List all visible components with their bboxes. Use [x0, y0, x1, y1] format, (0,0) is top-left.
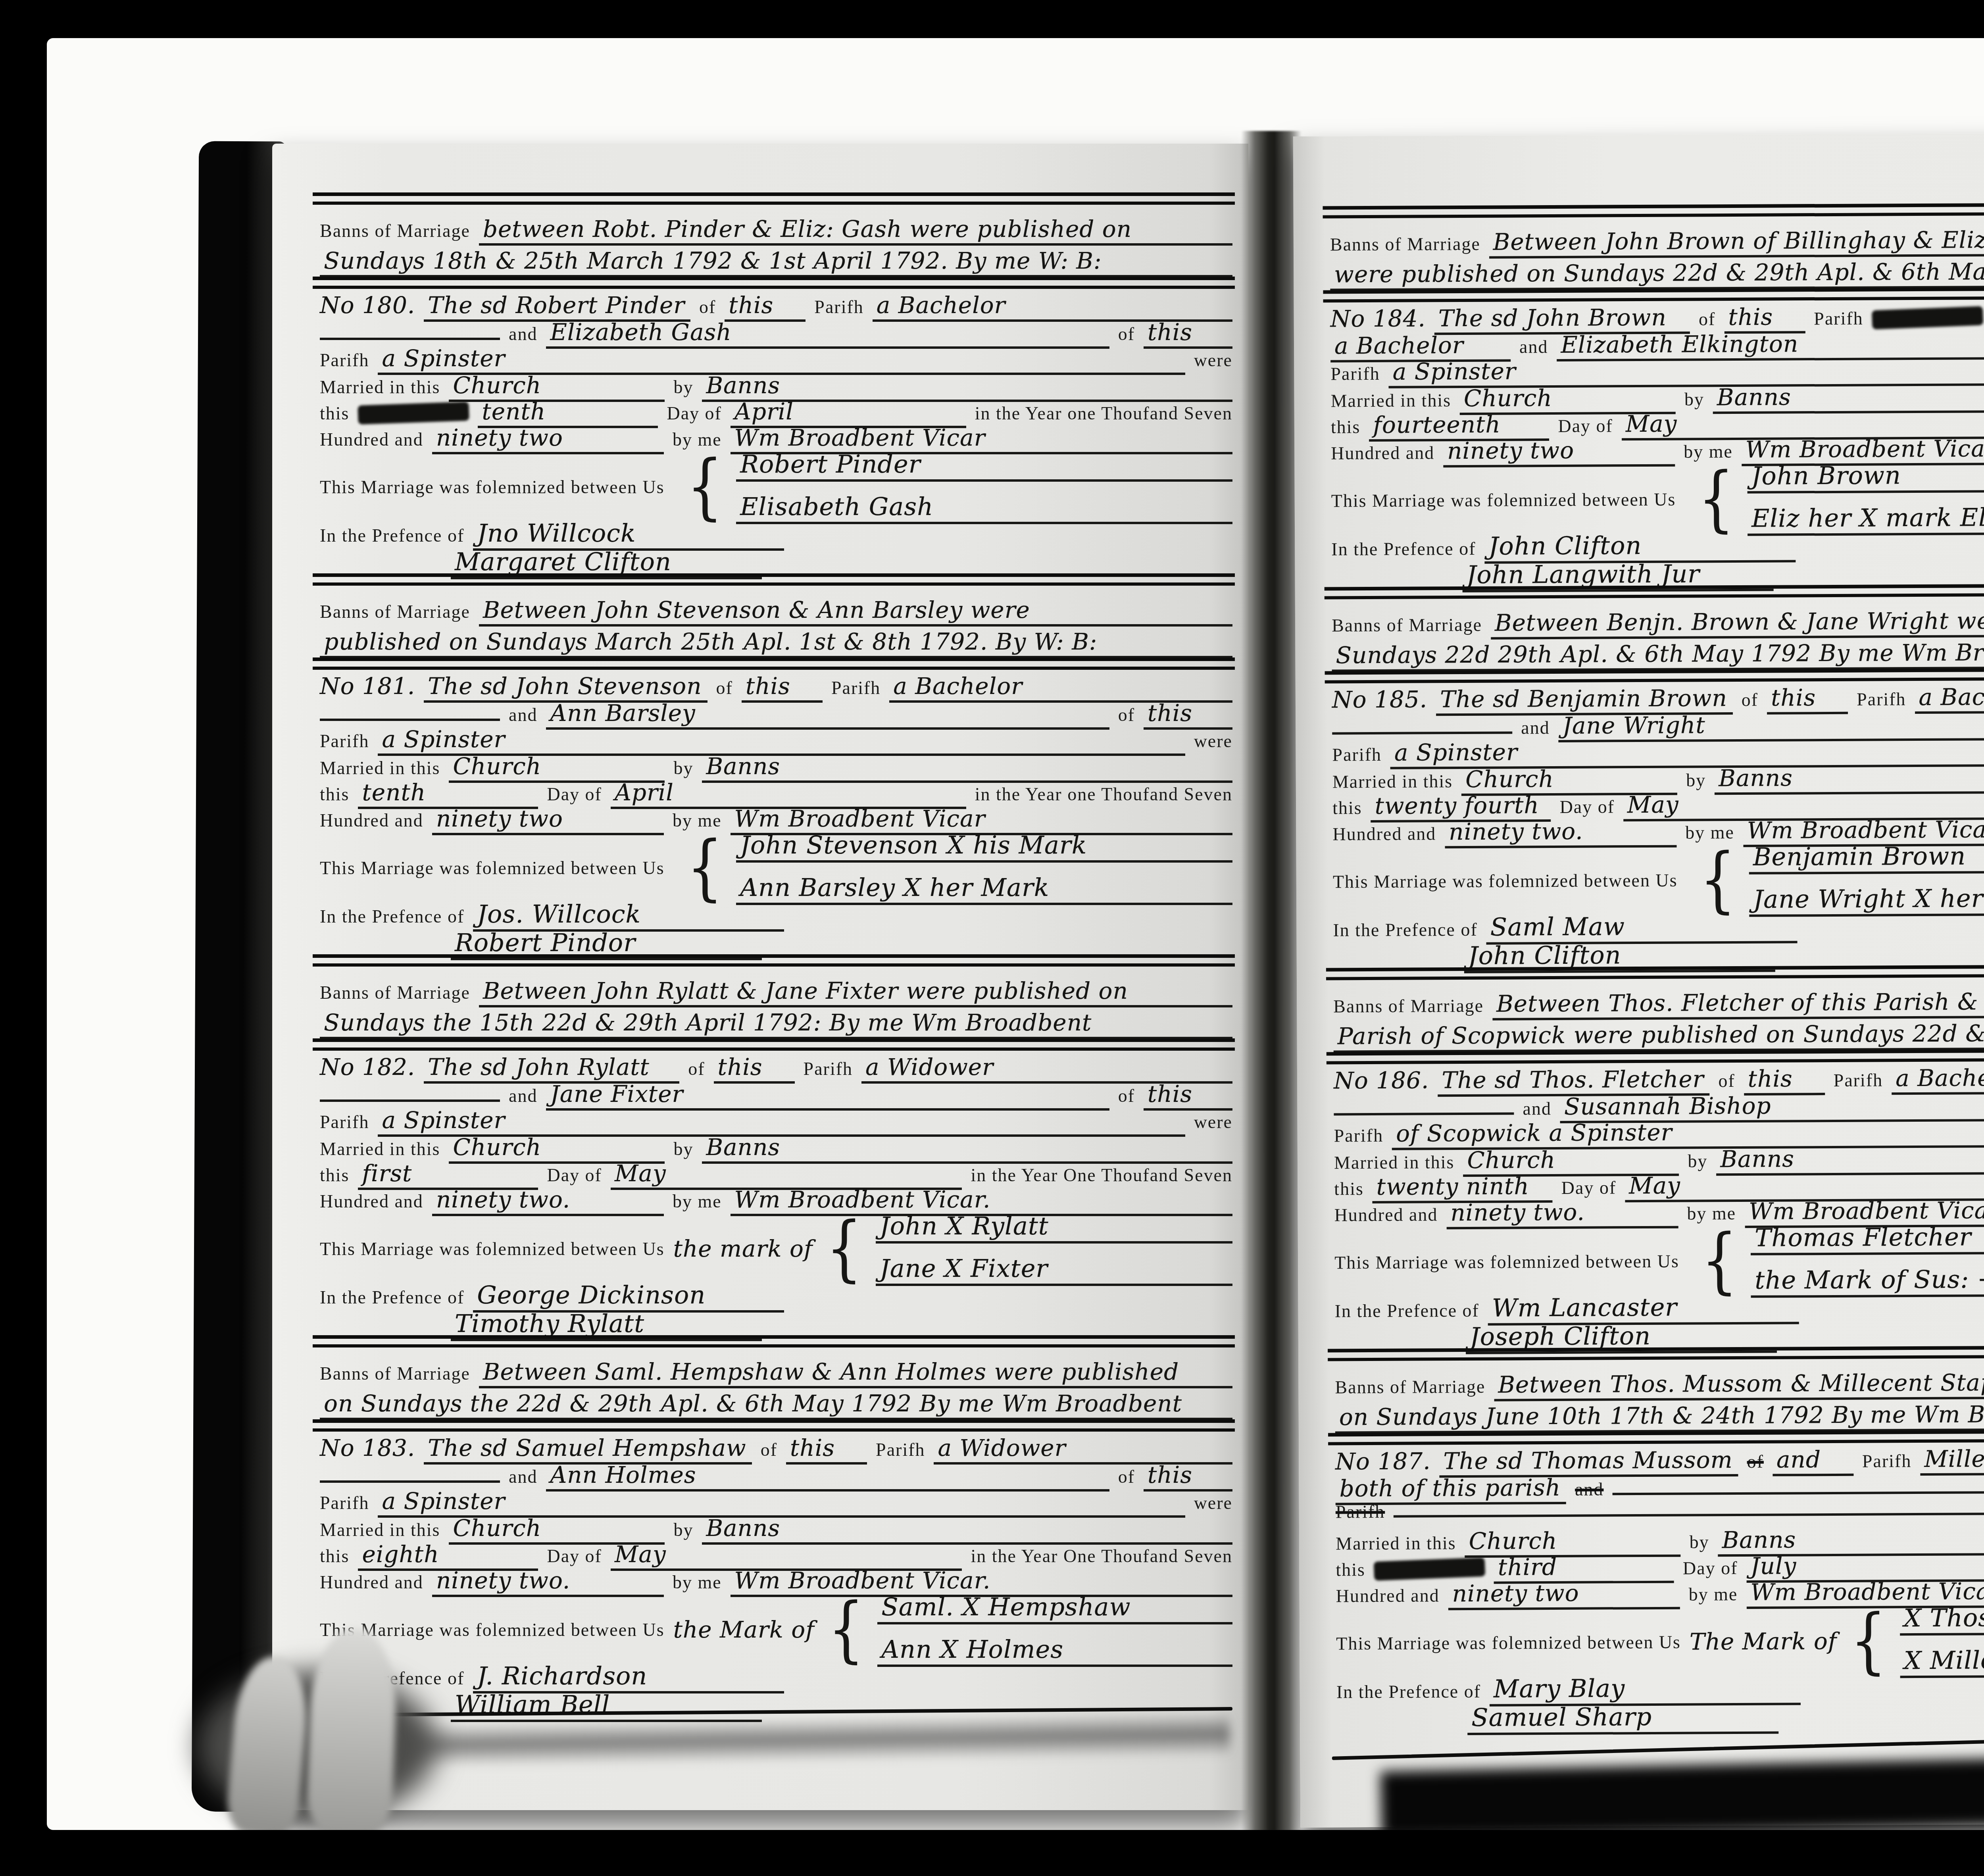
parish-row: Parifh a Spinster were: [320, 1488, 1232, 1518]
day-of-label: Day of: [547, 784, 602, 805]
by-label: by: [673, 1138, 693, 1159]
banns-text-1: Between Benjn. Brown & Jane Wright were …: [1491, 606, 1984, 640]
marriage-entry: Banns of Marriage Between John Rylatt & …: [320, 954, 1232, 1335]
of-label: of: [716, 677, 733, 698]
bride-name: Jane Fixter: [546, 1080, 1109, 1111]
solemnized-label: This Marriage was folemnized between Us: [320, 1238, 665, 1259]
presence-label: In the Prefence of: [1336, 1681, 1481, 1703]
presence-row: In the Prefence of Saml Maw: [1333, 909, 1984, 946]
bride-status: a Spinster: [378, 1488, 1185, 1518]
married-in-this-label: Married in this: [1334, 1151, 1455, 1173]
pre-and-text: [320, 1480, 500, 1483]
solemnized-row: This Marriage was folemnized between Us …: [320, 830, 1232, 905]
banns-text-1: Between Thos. Mussom & Millecent Staples…: [1494, 1368, 1984, 1401]
banns-of-marriage-label: Banns of Marriage: [1330, 233, 1480, 255]
and-label: and: [509, 704, 537, 725]
marriage-entry: Banns of Marriage between Robt. Pinder &…: [320, 192, 1232, 573]
signature-column: John X Rylatt Jane X Fixter: [876, 1211, 1232, 1286]
bride-status: a Spinster: [378, 726, 1185, 756]
groom-signature: John Brown: [1748, 459, 1984, 494]
of-label: of: [1118, 704, 1135, 725]
of-label: of: [1118, 323, 1135, 344]
witness-1-signature: Jos. Willcock: [473, 900, 784, 932]
by-me-label: by me: [673, 1191, 722, 1212]
presence-row: In the Prefence of Jno Willcock: [320, 519, 1232, 551]
presence-row: In the Prefence of Wm Lancaster: [1334, 1290, 1984, 1326]
parish-label: Parifh: [876, 1439, 925, 1460]
banns-text-1: Between John Rylatt & Jane Fixter were p…: [479, 977, 1232, 1007]
marriage-entry: Banns of Marriage Between Thos. Mussom &…: [1335, 1345, 1984, 1730]
parish-label: Parifh: [1334, 1125, 1384, 1146]
entry-number: No 187.: [1335, 1447, 1431, 1475]
groom-name: The sd John Brown: [1434, 304, 1690, 335]
and-label: and: [509, 323, 537, 344]
banns-line-1: Banns of Marriage between Robt. Pinder &…: [320, 215, 1232, 246]
year-printed-text: in the Year one Thoufand Seven: [975, 784, 1232, 805]
married-row: Married in this Church by Banns: [320, 753, 1232, 783]
month-word: April: [611, 779, 966, 809]
bride-row: and Ann Holmes of this: [320, 1461, 1232, 1492]
mark-of-prefix: The Mark of: [1690, 1628, 1837, 1655]
banns-word: Banns: [702, 1134, 1232, 1164]
parish-label: Parifh: [320, 1111, 369, 1132]
scan-black-border: [0, 1830, 1984, 1876]
by-label: by: [1684, 388, 1704, 409]
parish-label: Parifh: [814, 296, 863, 317]
month-word: May: [611, 1541, 962, 1571]
pre-and-text: [1334, 1111, 1514, 1115]
groom-name: The sd Robert Pinder: [424, 292, 690, 322]
day-of-label: Day of: [547, 1545, 602, 1567]
mark-of-prefix: the Mark of: [673, 1616, 815, 1643]
signature-column: John Brown Eliz her X mark Elkington: [1748, 459, 1984, 536]
brace-glyph: {: [686, 458, 723, 515]
entry-number: No 181.: [320, 673, 415, 700]
solemnized-label: This Marriage was folemnized between Us: [1334, 1250, 1679, 1273]
month-word: April: [731, 398, 966, 428]
hundred-and-label: Hundred and: [320, 810, 423, 831]
day-of-label: Day of: [547, 1165, 602, 1186]
banns-text-2: on Sundays the 22d & 29th Apl. & 6th May…: [320, 1390, 1232, 1420]
marriage-entry: Banns of Marriage Between Thos. Fletcher…: [1333, 964, 1984, 1349]
witness-1-signature: J. Richardson: [473, 1661, 784, 1693]
groom-row: No 180. The sd Robert Pinder of this Par…: [320, 292, 1232, 322]
groom-status: a Bachelor: [873, 292, 1232, 322]
day-word: tenth: [358, 779, 538, 809]
by-label: by: [673, 377, 693, 398]
bride-row: and Elizabeth Gash of this: [320, 319, 1232, 349]
this-label: this: [1336, 1559, 1365, 1580]
pre-and-text: [320, 337, 500, 340]
day-of-label: Day of: [1558, 415, 1613, 436]
groom-parish-word: this: [742, 673, 823, 703]
groom-name: The sd Samuel Hempshaw: [424, 1434, 752, 1465]
groom-row: No 183. The sd Samuel Hempshaw of this P…: [320, 1434, 1232, 1465]
presence-label: In the Prefence of: [320, 906, 464, 927]
parish-label: Parifh: [1862, 1450, 1912, 1472]
register-scan: { "document": { "kind": "Parish marriage…: [0, 0, 1984, 1876]
groom-parish-word: this: [1724, 303, 1805, 334]
witness2-row: Samuel Sharp: [1467, 1702, 1778, 1735]
bride-name: Ann Barsley: [546, 700, 1109, 730]
day-row: this eighth Day of May in the Year One T…: [320, 1541, 1232, 1571]
solemnized-label: This Marriage was folemnized between Us: [1331, 488, 1676, 511]
groom-name: The sd John Stevenson: [424, 673, 707, 703]
solemnized-row: This Marriage was folemnized between Us …: [320, 450, 1232, 524]
banns-of-marriage-label: Banns of Marriage: [1333, 995, 1484, 1017]
banns-text-1: between Robt. Pinder & Eliz: Gash were p…: [479, 215, 1232, 246]
married-in-this-label: Married in this: [1336, 1532, 1456, 1554]
parish-label: Parifh: [1814, 308, 1863, 329]
ink-blot: [1872, 306, 1984, 329]
were-label: were: [1194, 350, 1232, 371]
and-label: and: [1575, 1478, 1604, 1499]
day-row: this tenth Day of April in the Year one …: [320, 779, 1232, 809]
entry-top-rule: [313, 573, 1235, 586]
groom-status: Millecent Staples: [1920, 1444, 1984, 1476]
solemnized-row: This Marriage was folemnized between Us …: [1336, 1602, 1984, 1681]
and-label: and: [1519, 336, 1548, 357]
married-in-this-label: Married in this: [320, 757, 440, 778]
banns-of-marriage-label: Banns of Marriage: [320, 220, 470, 241]
entry-number: No 183.: [320, 1434, 415, 1461]
banns-line-1: Banns of Marriage Between John Stevenson…: [320, 596, 1232, 627]
parish-label: Parifh: [320, 730, 369, 752]
this-label: this: [1334, 1178, 1364, 1199]
entry-top-rule: [1323, 202, 1984, 219]
of-label: of: [761, 1439, 777, 1460]
and-label: and: [509, 1085, 537, 1106]
bride-status: a Spinster: [378, 1107, 1185, 1137]
this-label: this: [1332, 797, 1362, 818]
solemnized-row: This Marriage was folemnized between Us …: [320, 1592, 1232, 1667]
presence-label: In the Prefence of: [1335, 1300, 1479, 1322]
presence-row: In the Prefence of Jos. Willcock: [320, 900, 1232, 932]
banns-text-2: Sundays 22d 29th Apl. & 6th May 1792 By …: [1332, 638, 1984, 672]
groom-parish-word: this: [725, 292, 806, 322]
bride-parish-word: this: [1144, 1461, 1232, 1492]
of-label: of: [688, 1058, 705, 1079]
groom-signature: John X Rylatt: [876, 1211, 1232, 1244]
day-of-label: Day of: [1561, 1177, 1617, 1198]
hundred-and-label: Hundred and: [320, 1572, 423, 1593]
parish-label: Parifh: [1332, 744, 1382, 765]
hundred-and-label: Hundred and: [1332, 823, 1436, 844]
banns-text-2: Parish of Scopwick were published on Sun…: [1333, 1018, 1984, 1053]
hundred-and-label: Hundred and: [1334, 1204, 1438, 1225]
banns-text-2: published on Sundays March 25th Apl. 1st…: [320, 628, 1232, 658]
signature-column: Thomas Fletcher the Mark of Sus: + Bisho…: [1751, 1221, 1984, 1298]
banns-line-2: Parish of Scopwick were published on Sun…: [1333, 1019, 1984, 1053]
church-word: Church: [449, 372, 665, 402]
groom-row: No 182. The sd John Rylatt of this Parif…: [320, 1053, 1232, 1084]
presence-row: In the Prefence of George Dickinson: [320, 1280, 1232, 1313]
solemnized-row: This Marriage was folemnized between Us …: [1332, 840, 1984, 919]
banns-word: Banns: [702, 372, 1232, 402]
parish-label: Parifh: [320, 1492, 369, 1513]
banns-of-marriage-label: Banns of Marriage: [320, 1363, 470, 1384]
presence-label: In the Prefence of: [1333, 919, 1477, 941]
brace-glyph: {: [1698, 470, 1734, 527]
banns-line-1: Banns of Marriage Between John Brown of …: [1330, 225, 1984, 259]
groom-status: a Bachelor: [1892, 1063, 1984, 1095]
groom-signature: X Thos. Mussom: [1900, 1602, 1984, 1636]
banns-bottom-rule: [313, 1038, 1235, 1051]
married-in-this-label: Married in this: [320, 1519, 440, 1540]
groom-parish-word: and: [1773, 1446, 1853, 1476]
day-of-label: Day of: [1683, 1557, 1738, 1579]
banns-line-1: Banns of Marriage Between Benjn. Brown &…: [1332, 606, 1984, 640]
bride-row: and Jane Fixter of this: [320, 1080, 1232, 1111]
ink-blot: [358, 402, 470, 425]
groom-name: The sd Benjamin Brown: [1436, 684, 1733, 716]
by-me-label: by me: [673, 1572, 722, 1593]
banns-text-1: Between Thos. Fletcher of this Parish & …: [1492, 987, 1984, 1021]
banns-line-2: published on Sundays March 25th Apl. 1st…: [320, 628, 1232, 658]
bride-status: [1394, 1511, 1984, 1517]
and-label: and: [509, 1466, 537, 1487]
brace-glyph: {: [1701, 1232, 1738, 1289]
brace-glyph: {: [828, 1601, 864, 1658]
entry-number: No 180.: [320, 292, 415, 319]
banns-line-2: were published on Sundays 22d & 29th Apl…: [1330, 257, 1984, 291]
year-printed-text: in the Year One Thoufand Seven: [971, 1545, 1232, 1567]
banns-line-2: on Sundays the 22d & 29th Apl. & 6th May…: [320, 1390, 1232, 1420]
right-page-bottom-rule: [1332, 1731, 1984, 1760]
parish-row: Parifh a Spinster were: [320, 1107, 1232, 1137]
entry-number: No 182.: [320, 1053, 415, 1080]
year-printed-text: in the Year One Thoufand Seven: [971, 1165, 1232, 1186]
groom-parish-word: this: [714, 1053, 795, 1084]
entry-number: No 184.: [1330, 305, 1426, 332]
and-label: and: [1521, 717, 1550, 738]
by-label: by: [1686, 769, 1706, 790]
parish-label: Parifh: [320, 350, 369, 371]
year-printed-text: in the Year one Thoufand Seven: [975, 403, 1232, 424]
by-label: by: [673, 1519, 693, 1540]
day-of-label: Day of: [1559, 796, 1615, 817]
parish-label: Parifh: [804, 1058, 853, 1079]
by-label: by: [1689, 1531, 1709, 1552]
parish-label: Parifh: [1857, 688, 1906, 710]
presence-row: In the Prefence of J. Richardson: [320, 1661, 1232, 1693]
banns-text-1: Between Saml. Hempshaw & Ann Holmes were…: [479, 1358, 1232, 1388]
marriage-entry: Banns of Marriage Between John Stevenson…: [320, 573, 1232, 954]
banns-line-2: on Sundays June 10th 17th & 24th 1792 By…: [1335, 1399, 1984, 1434]
signature-column: X Thos. Mussom X Millecent Staples: [1900, 1602, 1984, 1678]
solemnized-row: This Marriage was folemnized between Us …: [1334, 1221, 1984, 1300]
groom-signature: Thomas Fletcher: [1751, 1221, 1984, 1255]
bride-parish-word: this: [1144, 319, 1232, 349]
banns-line-1: Banns of Marriage Between Saml. Hempshaw…: [320, 1358, 1232, 1388]
marriage-entry: Banns of Marriage Between John Brown of …: [1330, 202, 1984, 587]
pre-and-text: [1332, 730, 1512, 734]
married-in-this-label: Married in this: [320, 1138, 440, 1159]
of-label: of: [1747, 1451, 1764, 1472]
of-label: of: [1118, 1085, 1135, 1106]
entry-top-rule: [313, 1335, 1235, 1347]
banns-line-2: Sundays 22d 29th Apl. & 6th May 1792 By …: [1332, 638, 1984, 672]
banns-line-2: Sundays 18th & 25th March 1792 & 1st Apr…: [320, 247, 1232, 277]
presence-label: In the Prefence of: [1331, 538, 1476, 560]
groom-signature: Benjamin Brown: [1749, 840, 1984, 875]
left-page-entries: Banns of Marriage between Robt. Pinder &…: [320, 192, 1232, 1716]
of-label: of: [1742, 689, 1759, 710]
mark-of-prefix: the mark of: [673, 1235, 813, 1262]
banns-text-2: were published on Sundays 22d & 29th Apl…: [1330, 257, 1984, 291]
married-in-this-label: Married in this: [1332, 771, 1453, 792]
brace-glyph: {: [826, 1220, 863, 1277]
parish-row: Parifh were: [1336, 1497, 1984, 1522]
parish-row: Parifh a Spinster were: [320, 726, 1232, 756]
entry-top-rule: [313, 192, 1235, 205]
banns-of-marriage-label: Banns of Marriage: [1332, 614, 1482, 636]
bride-name: Elizabeth Gash: [546, 319, 1109, 349]
groom-status: a Bachelor: [1915, 682, 1984, 714]
bride-name: Ann Holmes: [546, 1461, 1109, 1492]
parish-label: Parifh: [1336, 1501, 1385, 1522]
this-label: this: [320, 1545, 349, 1567]
entry-number: No 185.: [1332, 686, 1428, 713]
bride-row: and Ann Barsley of this: [320, 700, 1232, 730]
marriage-entry: Banns of Marriage Between Benjn. Brown &…: [1332, 583, 1984, 968]
solemnized-row: This Marriage was folemnized between Us …: [1331, 459, 1984, 538]
presence-label: In the Prefence of: [320, 525, 464, 546]
entry-number: No 186.: [1334, 1067, 1429, 1094]
married-row: Married in this Church by Banns: [320, 372, 1232, 402]
banns-of-marriage-label: Banns of Marriage: [1335, 1376, 1485, 1398]
groom-status: a Widower: [934, 1434, 1232, 1465]
banns-text-1: Between John Brown of Billinghay & Eliz:…: [1489, 225, 1984, 259]
groom-name: The sd Thomas Mussom: [1439, 1446, 1738, 1478]
register-left-page: Banns of Marriage between Robt. Pinder &…: [272, 144, 1248, 1810]
banns-line-1: Banns of Marriage Between Thos. Mussom &…: [1335, 1368, 1984, 1402]
banns-of-marriage-label: Banns of Marriage: [320, 601, 470, 622]
of-label: of: [699, 296, 716, 317]
day-word: tenth: [478, 398, 658, 428]
register-right-page: Banns of Marriage Between John Brown of …: [1293, 132, 1984, 1828]
groom-signature: John Stevenson X his Mark: [736, 830, 1232, 863]
banns-line-1: Banns of Marriage Between Thos. Fletcher…: [1333, 987, 1984, 1021]
pre-and-text: [320, 1099, 500, 1102]
right-page-entries: Banns of Marriage Between John Brown of …: [1330, 202, 1984, 1730]
by-me-label: by me: [1689, 1584, 1738, 1605]
of-label: of: [1699, 308, 1716, 329]
parish-row: Parifh a Spinster were: [320, 345, 1232, 375]
groom-signature: Saml. X Hempshaw: [877, 1592, 1232, 1624]
banns-of-marriage-label: Banns of Marriage: [320, 982, 470, 1003]
hundred-and-label: Hundred and: [1331, 442, 1434, 463]
groom-parish-word: this: [1744, 1065, 1825, 1096]
groom-name: The sd Thos. Fletcher: [1438, 1065, 1709, 1097]
bride-name: [1613, 1490, 1984, 1495]
groom-name: The sd John Rylatt: [424, 1053, 679, 1084]
bride-parish-word: this: [1144, 1080, 1232, 1111]
witness-1-signature: George Dickinson: [473, 1280, 784, 1313]
day-row: this tenth Day of April in the Year one …: [320, 398, 1232, 428]
solemnized-label: This Marriage was folemnized between Us: [320, 857, 665, 878]
solemnized-label: This Marriage was folemnized between Us: [320, 477, 665, 498]
day-word: first: [358, 1160, 538, 1190]
witness-2-signature: Samuel Sharp: [1467, 1702, 1778, 1735]
this-label: this: [320, 403, 349, 424]
banns-line-1: Banns of Marriage Between John Rylatt & …: [320, 977, 1232, 1007]
signature-column: Saml. X Hempshaw Ann X Holmes: [877, 1592, 1232, 1667]
married-in-this-label: Married in this: [320, 377, 440, 398]
presence-label: In the Prefence of: [320, 1287, 464, 1308]
witness2-row: William Bell: [451, 1690, 762, 1722]
signature-column: Robert Pinder Elisabeth Gash: [736, 450, 1232, 524]
church-word: Church: [449, 1134, 665, 1164]
of-label: of: [1118, 1466, 1135, 1487]
groom-signature: Robert Pinder: [736, 450, 1232, 482]
presence-row: In the Prefence of Mary Blay: [1336, 1671, 1984, 1707]
church-word: Church: [449, 753, 665, 783]
of-label: of: [1718, 1070, 1735, 1091]
witness-1-signature: Jno Willcock: [473, 519, 784, 551]
book-spine-gutter: [1241, 131, 1302, 1832]
this-label: this: [1331, 416, 1361, 437]
groom-status: a Bachelor: [889, 673, 1232, 703]
by-label: by: [673, 757, 693, 778]
church-word: Church: [449, 1515, 665, 1545]
entry-top-rule: [313, 954, 1235, 967]
banns-text-2: Sundays 18th & 25th March 1792 & 1st Apr…: [320, 247, 1232, 277]
day-row: this first Day of May in the Year One Th…: [320, 1160, 1232, 1190]
solemnized-label: This Marriage was folemnized between Us: [1333, 869, 1678, 892]
brace-glyph: {: [1699, 851, 1736, 908]
solemnized-row: This Marriage was folemnized between Us …: [320, 1211, 1232, 1286]
day-of-label: Day of: [667, 403, 721, 424]
banns-bottom-rule: [313, 1419, 1235, 1432]
were-label: were: [1194, 1492, 1232, 1513]
groom-parish-word: this: [1767, 684, 1848, 715]
ink-blot: [1374, 1557, 1486, 1581]
brace-glyph: {: [1850, 1612, 1887, 1669]
day-word: eighth: [358, 1541, 538, 1571]
banns-bottom-rule: [313, 277, 1235, 289]
parish-label: Parifh: [831, 677, 880, 698]
married-in-this-label: Married in this: [1331, 390, 1451, 411]
hundred-and-label: Hundred and: [320, 429, 423, 450]
signature-column: Benjamin Brown Jane Wright X her Mark: [1749, 840, 1984, 917]
were-label: were: [1194, 730, 1232, 752]
presence-row: In the Prefence of John Clifton: [1331, 528, 1984, 565]
and-label: and: [1523, 1098, 1551, 1119]
married-row: Married in this Church by Banns: [320, 1134, 1232, 1164]
banns-text-2: Sundays the 15th 22d & 29th April 1792: …: [320, 1009, 1232, 1039]
by-label: by: [1688, 1150, 1707, 1171]
bride-status: a Spinster: [378, 345, 1185, 375]
banns-bottom-rule: [313, 657, 1235, 670]
bride-parish-word: this: [1144, 700, 1232, 730]
this-label: this: [320, 784, 349, 805]
banns-text-2: on Sundays June 10th 17th & 24th 1792 By…: [1335, 1399, 1984, 1434]
groom-row: No 181. The sd John Stevenson of this Pa…: [320, 673, 1232, 703]
groom-status: a Widower: [861, 1053, 1232, 1084]
groom-parish-word: this: [786, 1434, 867, 1465]
signature-column: John Stevenson X his Mark Ann Barsley X …: [736, 830, 1232, 905]
parish-label: Parifh: [1834, 1069, 1883, 1091]
banns-line-2: Sundays the 15th 22d & 29th April 1792: …: [320, 1009, 1232, 1039]
month-word: May: [611, 1160, 962, 1190]
hundred-and-label: Hundred and: [320, 1191, 423, 1212]
pre-and-text: [320, 718, 500, 721]
witness-2-signature: William Bell: [451, 1690, 762, 1722]
married-row: Married in this Church by Banns: [320, 1515, 1232, 1545]
solemnized-label: This Marriage was folemnized between Us: [1336, 1631, 1681, 1654]
banns-word: Banns: [702, 1515, 1232, 1545]
